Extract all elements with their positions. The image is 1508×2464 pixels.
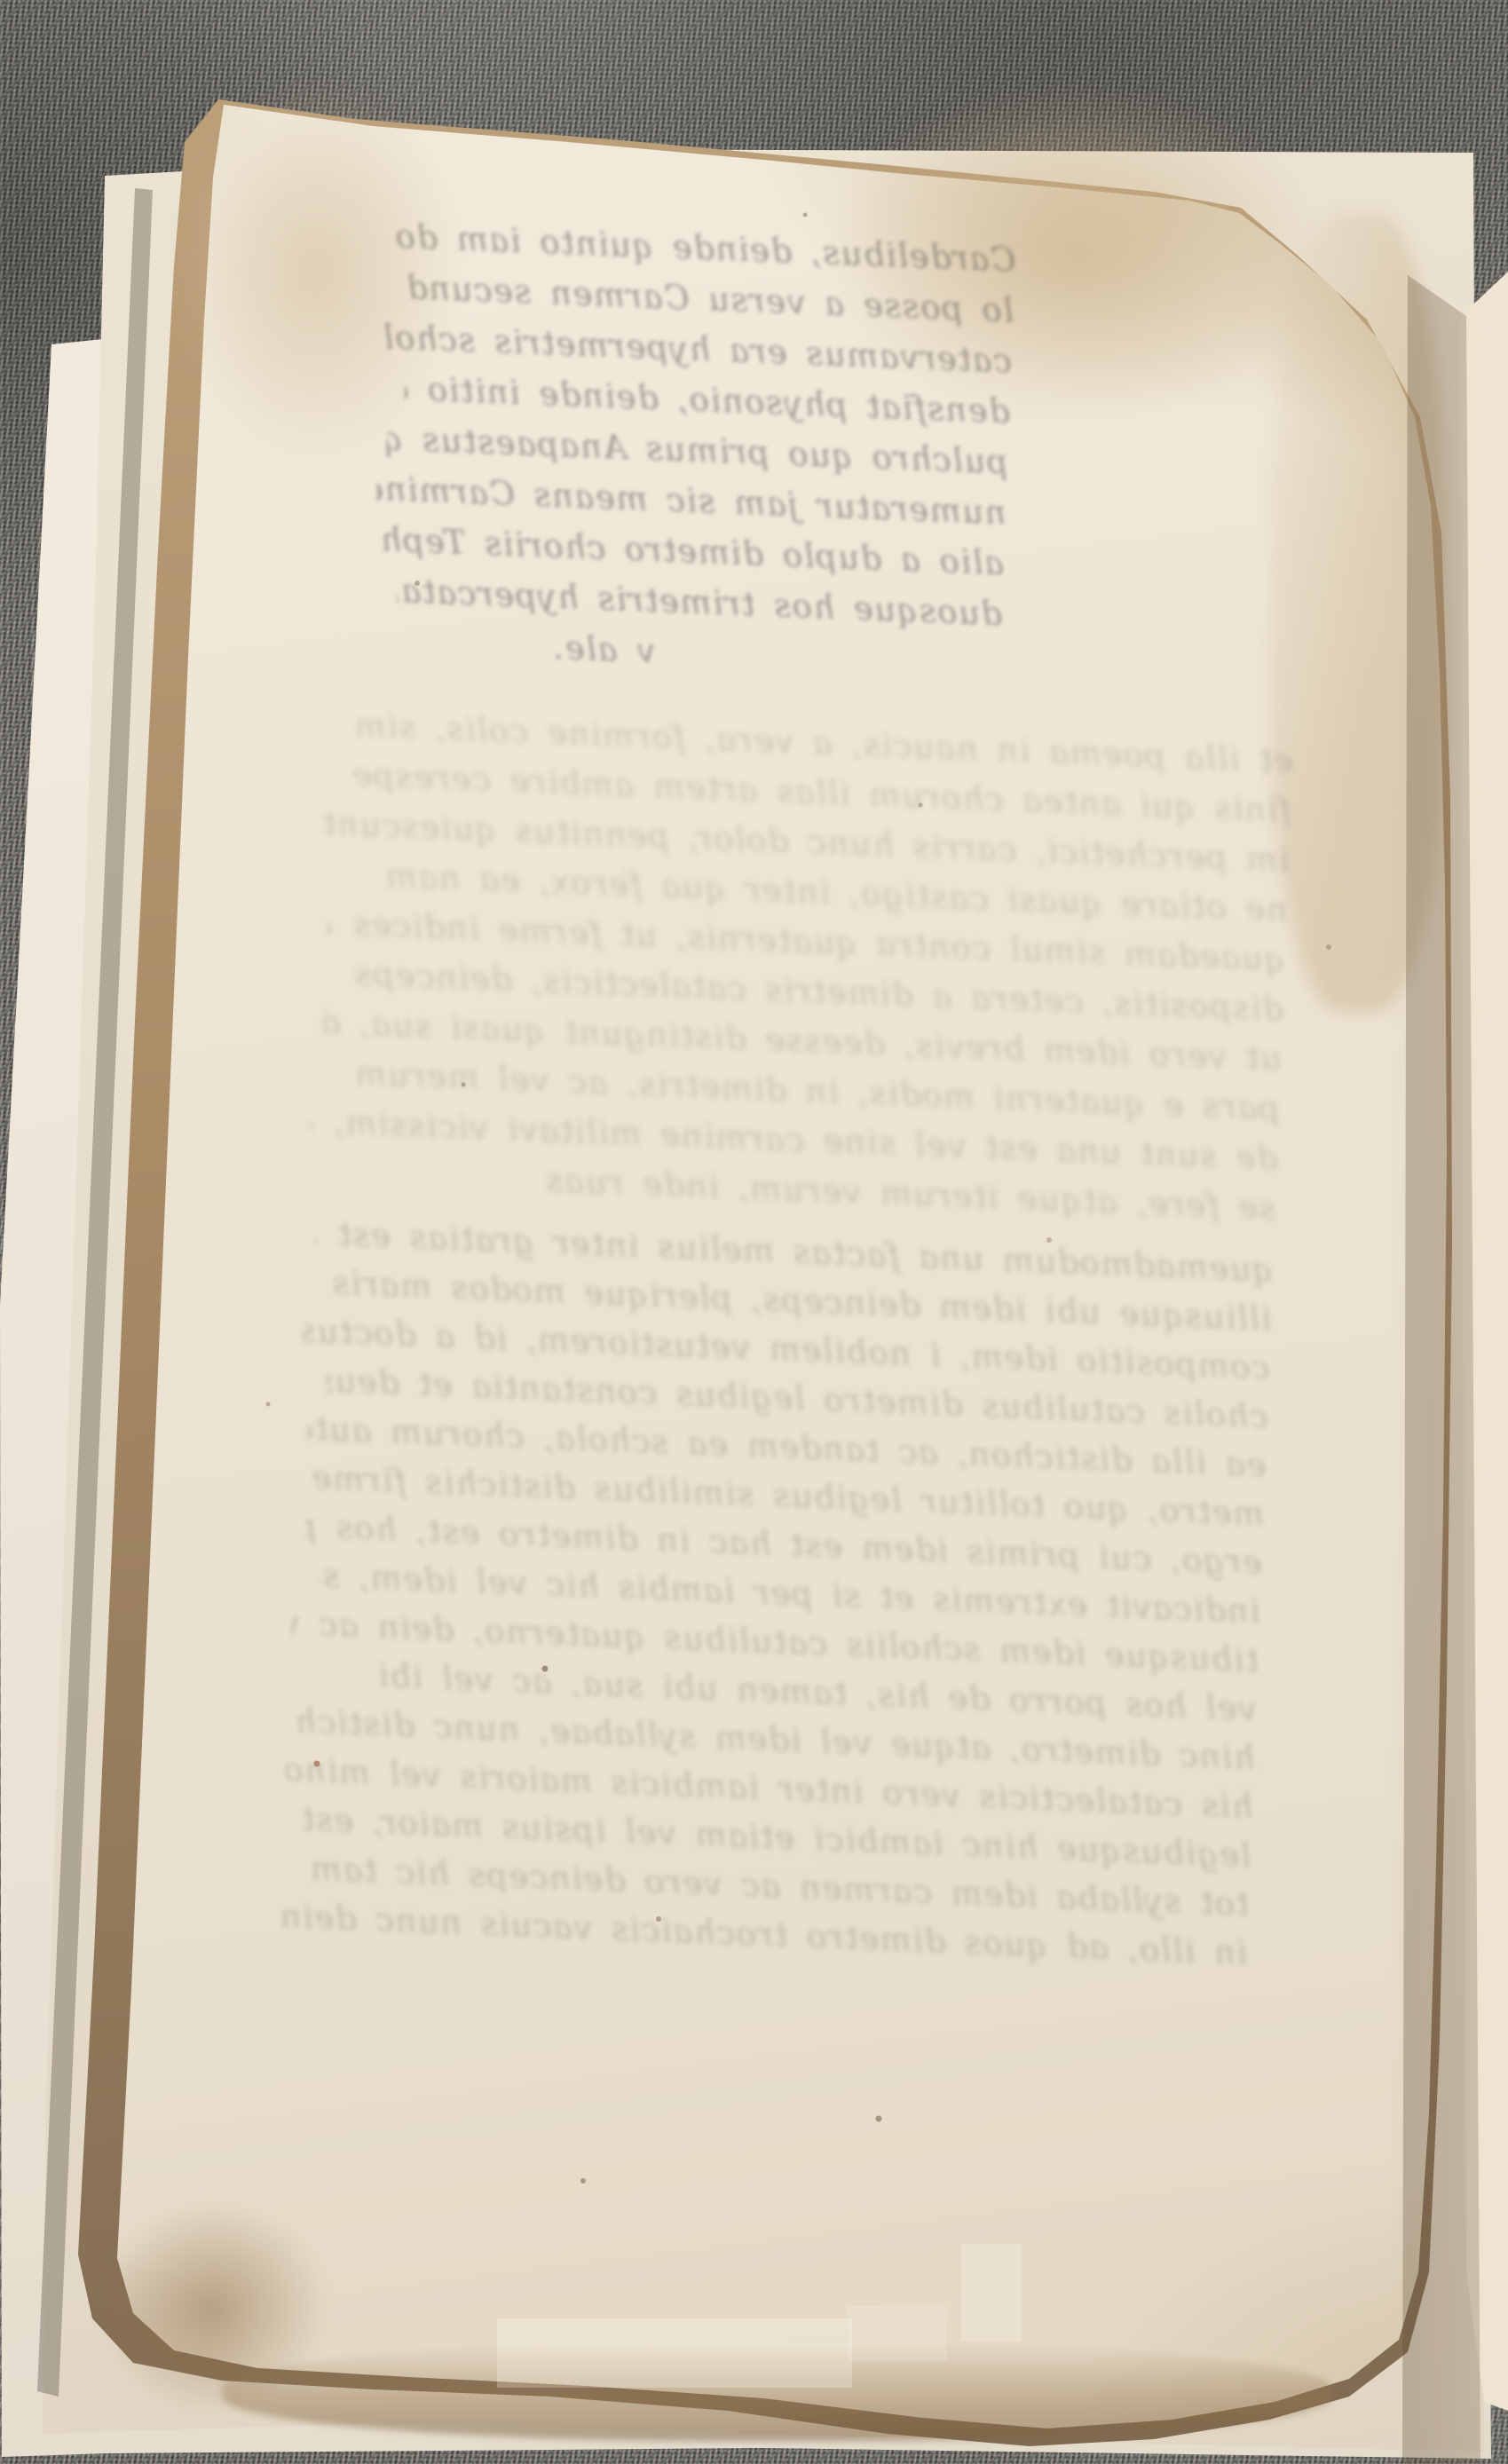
showthrough-block-faint-lower: quemadmodum una factas melius inter grat…: [288, 1209, 1275, 1978]
showthrough-block-dark: Cardelibus, deinde quinto iam doctior sn…: [378, 211, 1016, 690]
showthrough-block-faint-upper: et illa poema in naucis, a vera, formine…: [317, 700, 1294, 1234]
photo-of-open-book: Cardelibus, deinde quinto iam doctior sn…: [0, 0, 1508, 2464]
foxing-specks: [0, 0, 4, 4]
mirrored-showthrough-text: Cardelibus, deinde quinto iam doctior sn…: [288, 209, 1313, 1978]
